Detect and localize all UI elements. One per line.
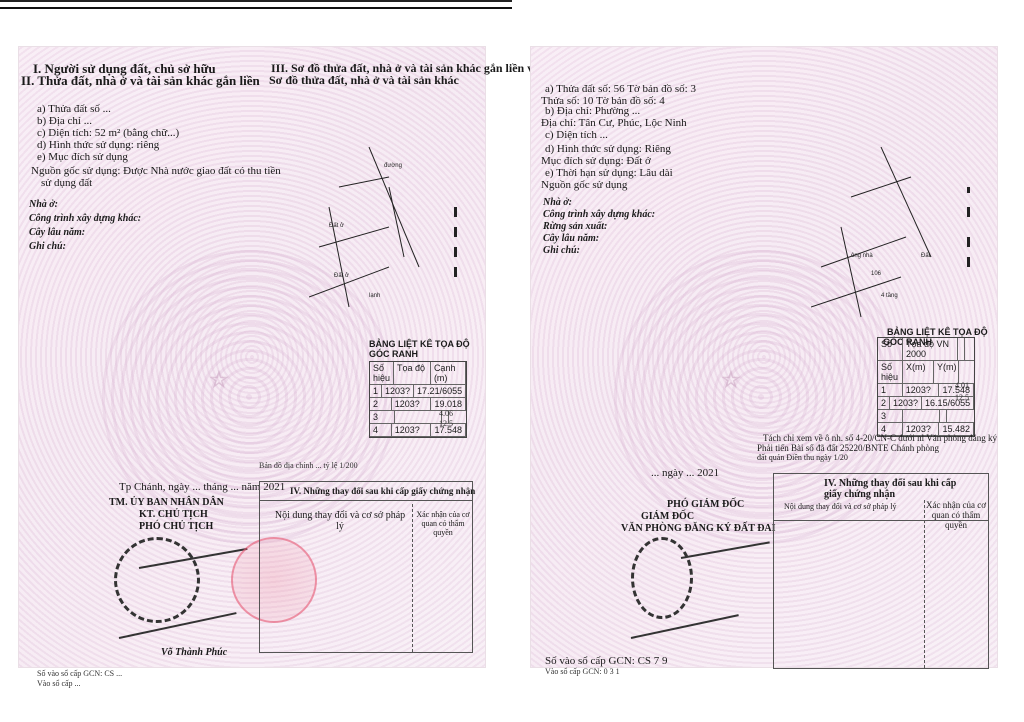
scale-mark — [967, 207, 970, 217]
book-line: Số vào sổ cấp GCN: CS ... — [37, 669, 122, 678]
certificate-page-right: ☆ a) Thửa đất số: 56 Tờ bản đồ số: 3 Thử… — [530, 46, 998, 668]
scale-mark — [454, 207, 457, 217]
italic-line: Rừng sản xuất: — [543, 221, 607, 232]
italic-line: Nhà ở: — [543, 197, 572, 208]
italic-line: Cây lâu năm: — [29, 227, 85, 238]
changes-table-title: IV. Những thay đổi sau khi cấp giấy chứn… — [290, 486, 475, 496]
section-subtitle: II. Thửa đất, nhà ở và tài sản khác gắn … — [21, 73, 260, 89]
land-line: e) Mục đích sử dụng — [37, 151, 128, 163]
changes-table: IV. Những thay đổi sau khi cấp giấy chứn… — [773, 473, 989, 669]
note-line: đất quản Điền thu ngày 1/20 — [757, 453, 848, 462]
header-cell — [958, 338, 965, 360]
book-line: Vào sổ cấp GCN: 0 3 1 — [545, 667, 620, 676]
changes-header: Nội dung thay đổi và cơ sở pháp lý — [784, 502, 920, 511]
land-line: c) Diện tích ... — [545, 129, 608, 141]
map-section-subtitle: Sơ đồ thửa đất, nhà ở và tài sản khác — [269, 73, 459, 88]
svg-text:4 tầng: 4 tầng — [881, 293, 898, 299]
svg-text:Đất ở: Đất ở — [334, 272, 349, 279]
changes-table: IV. Những thay đổi sau khi cấp giấy chứn… — [259, 481, 473, 653]
land-line: Nguồn gốc sử dụng: Được Nhà nước giao đấ… — [31, 165, 281, 177]
official-stamp — [631, 537, 693, 619]
svg-text:106: 106 — [871, 271, 882, 277]
header-cell: Y(m) — [934, 361, 959, 383]
svg-text:ông nhà: ông nhà — [851, 253, 873, 259]
note-line: Tách chỉ xem về ô nh. số 4-20/CN-C đưới … — [763, 433, 997, 443]
svg-text:đường: đường — [384, 163, 402, 169]
italic-line: Ghi chú: — [543, 245, 580, 256]
scale-mark — [454, 247, 457, 257]
edge-length: 4.01 — [955, 381, 969, 390]
issuer-line: PHÓ CHỦ TỊCH — [139, 521, 213, 532]
land-line: b) Địa chỉ ... — [37, 115, 92, 127]
scale-mark — [454, 267, 457, 277]
scan-edge — [0, 0, 512, 10]
land-line: d) Hình thức sử dụng: Riêng — [545, 143, 671, 155]
italic-line: Nhà ở: — [29, 199, 58, 210]
italic-line: Ghi chú: — [29, 241, 66, 252]
note-line: Phải tiến Bài số đã đất 25220/BNTE Chánh… — [757, 443, 939, 453]
parcel-map: đườngĐất ởĐất ởlạnh — [309, 147, 429, 347]
table-row: 3 — [878, 410, 974, 423]
land-line: Địa chỉ: Tân Cư, Phúc, Lộc Ninh — [541, 117, 687, 129]
scale-mark — [967, 237, 970, 247]
edge-length: 12.5 — [439, 419, 453, 428]
parcel-map: 106 Đất ông nhà 4 tầng — [811, 147, 941, 347]
changes-table-title: IV. Những thay đổi sau khi cấp giấy chứn… — [824, 478, 974, 500]
issuer-line: GIÁM ĐỐC — [641, 511, 694, 522]
coord-table-title: BẢNG LIỆT KÊ TỌA ĐỘ — [887, 327, 988, 337]
italic-line: Công trình xây dựng khác: — [29, 213, 141, 224]
table-row: 11203?17.21/6055 — [370, 385, 466, 398]
land-line: a) Thửa đất số: 56 Tờ bản đồ số: 3 — [545, 83, 696, 95]
edge-length: 12.5 — [955, 393, 969, 402]
map-note: Bản đồ địa chính ... tỷ lệ 1/200 — [259, 461, 358, 470]
changes-header: Xác nhận của cơ quan có thẩm quyền — [416, 510, 470, 537]
signer-name: Võ Thành Phúc — [161, 647, 227, 658]
emblem-watermark: ☆ — [209, 367, 269, 407]
changes-header: Xác nhận của cơ quan có thẩm quyền — [926, 500, 986, 530]
changes-header: Nội dung thay đổi và cơ sở pháp lý — [270, 510, 410, 532]
land-line: Nguồn gốc sử dụng — [541, 179, 627, 191]
header-cell: Số hiệu — [878, 361, 903, 383]
issuer-line: TM. ỦY BAN NHÂN DÂN — [109, 497, 224, 508]
signing-place: ... ngày ... 2021 — [651, 467, 719, 479]
land-line: d) Hình thức sử dụng: riêng — [37, 139, 159, 151]
scale-mark — [967, 257, 970, 267]
coord-table-title: BẢNG LIỆT KÊ TỌA ĐỘ — [369, 339, 470, 349]
header-cell: Cạnh (m) — [431, 362, 466, 384]
header-cell: Tọa độ — [394, 362, 431, 384]
issuer-line: VĂN PHÒNG ĐĂNG KÝ ĐẤT ĐAI — [621, 523, 776, 534]
issuer-line: PHÓ GIÁM ĐỐC — [667, 499, 744, 510]
italic-line: Cây lâu năm: — [543, 233, 599, 244]
header-cell: Số — [878, 338, 903, 360]
signature — [631, 614, 739, 639]
italic-line: Công trình xây dựng khác: — [543, 209, 655, 220]
svg-text:lạnh: lạnh — [369, 293, 380, 299]
land-line: a) Thửa đất số ... — [37, 103, 111, 115]
issuer-line: KT. CHỦ TỊCH — [139, 509, 208, 520]
land-line: c) Diện tích: 52 m² (bằng chữ...) — [37, 127, 179, 139]
header-cell: Tọa độ VN 2000 — [903, 338, 958, 360]
book-line: Số vào sổ cấp GCN: CS 7 9 — [545, 655, 668, 667]
edge-length: 4.06 — [439, 409, 453, 418]
header-cell: Số hiệu — [370, 362, 394, 384]
land-line: sử dụng đất — [41, 177, 92, 189]
svg-text:Đất ở: Đất ở — [329, 222, 344, 229]
land-line: e) Thời hạn sử dụng: Lâu dài — [545, 167, 673, 179]
svg-text:Đất: Đất — [921, 253, 931, 259]
scale-mark — [454, 227, 457, 237]
certificate-page-left: ☆ I. Người sử dụng đất, chủ sở hữu II. T… — [18, 46, 486, 668]
header-cell: X(m) — [903, 361, 934, 383]
scale-mark — [967, 187, 970, 193]
book-line: Vào sổ cấp ... — [37, 679, 81, 688]
land-line: Mục đích sử dụng: Đất ở — [541, 155, 651, 167]
signature — [681, 541, 770, 559]
official-stamp — [114, 537, 200, 623]
land-line: b) Địa chỉ: Phường ... — [545, 105, 640, 117]
coord-table-subtitle: GÓC RANH — [369, 349, 418, 359]
emblem-watermark: ☆ — [721, 367, 781, 407]
